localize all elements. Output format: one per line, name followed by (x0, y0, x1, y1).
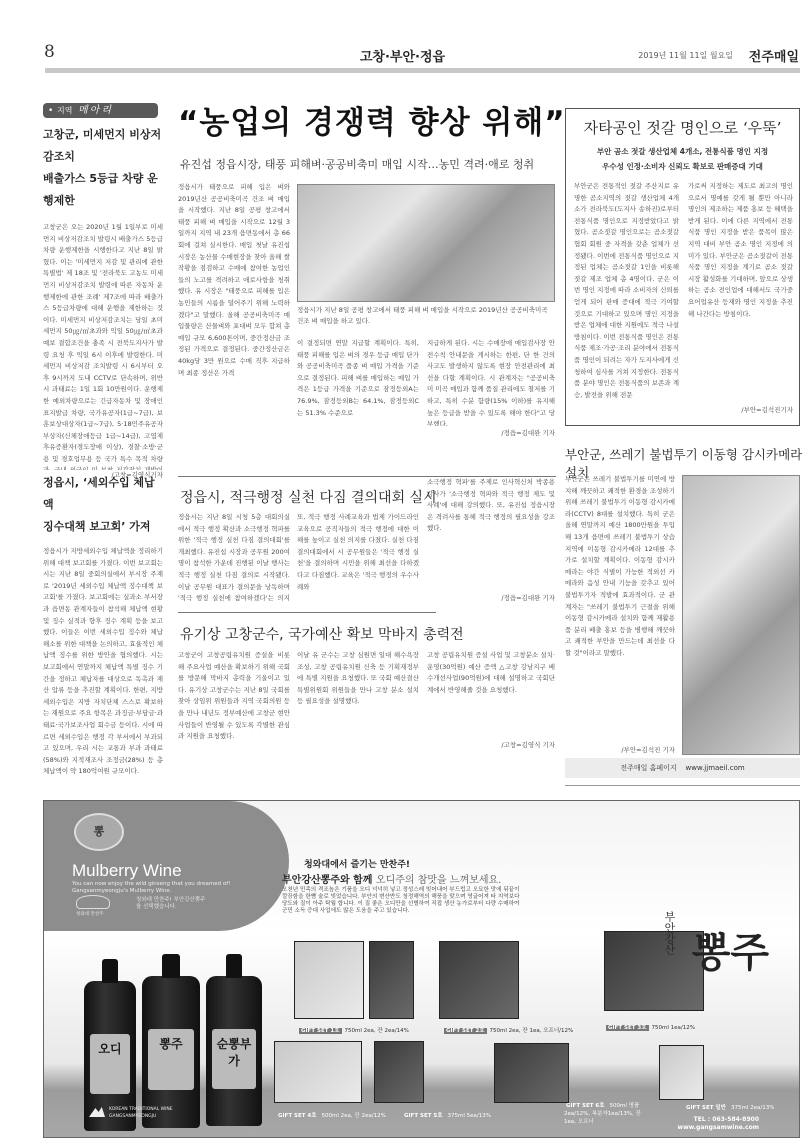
gift-set-badge: GIFT SET 1호 (299, 1028, 342, 1034)
ad-cheongwadae-label: 청와대 만찬주 (76, 911, 104, 917)
header-divider (45, 68, 800, 73)
gift-set-2-box (439, 941, 519, 1019)
gift-set-5-box (374, 1041, 424, 1103)
ad-headline-1: 청와대에서 즐기는 만찬주! (304, 857, 410, 870)
gift-set-3-box (604, 931, 704, 1011)
gift-set-1-box (294, 941, 364, 1019)
ad-contact: TEL : 063-584-8900 www.gangsamwine.com (678, 1116, 759, 1132)
article-body-col2: 가로써 지정하는 제도로 최고의 명인으로서 명예를 갖게 될 뿐만 아니라 명… (688, 181, 793, 401)
cheongwadae-icon (76, 895, 110, 909)
article-gochang-dust: 고창군, 미세먼지 비상저감조치 배출가스 5등급 차량 운행제한 고창군은 오… (43, 124, 163, 479)
main-article-photo (297, 184, 555, 302)
budget-article-byline: /고창=김영식 기자 (427, 740, 555, 749)
gift-set-badge: GIFT SET 일반 (684, 1105, 728, 1111)
gift-set-badge: GIFT SET 3호 (606, 1025, 649, 1031)
gift-set-desc: 375ml 5ea/13% (448, 1113, 491, 1119)
wine-bottle-3: 순뽕부가 (206, 976, 262, 1126)
homepage-bar: 전주매일 홈페이지 www.jjmaeil.com (565, 758, 800, 778)
article-buan-jeotgal: 자타공인 젓갈 명인으로 ‘우뚝’ 부안 곰소 젓갈 생산업체 4개소, 전통식… (565, 108, 800, 426)
budget-article-col3: 고창 공립유치원 증설 사업 및 고창분소 설치·운영(30억원) 예산 증액 … (427, 650, 555, 750)
admin-article-col3: 소극행정 혁파'를 주제로 인사혁신처 박종용 강사가 '소극행정 혁파와 적극… (427, 477, 555, 589)
article-title-line2: 배출가스 5등급 차량 운행제한 (43, 168, 163, 212)
article-jeongeup-tax: 정읍시, ‘세외수입 체납액 징수대책 보고회’ 가져 정읍시가 지방세외수입 … (43, 472, 163, 813)
article-body-col1: 부안군은 전통적인 젓갈 주산지로 유명한 곰소지역의 젓갈 생산업체 4개소가… (574, 181, 679, 419)
gift-set-badge: GIFT SET 5호 (402, 1113, 445, 1119)
ad-description: 오천년 민족의 격조높은 기품을 오디 넉넉히 넣고 정성스레 빚어내어 부드럽… (282, 887, 522, 915)
divider (178, 612, 436, 613)
issue-date: 2019년 11월 11일 월요일 (638, 50, 733, 61)
newspaper-name: 전주매일 (749, 46, 799, 65)
main-headline: “농업의 경쟁력 향상 위해” (178, 97, 566, 142)
camera-article-photo (682, 475, 800, 755)
ad-tagline: You can now enjoy the wild ginseng that … (72, 881, 272, 895)
gift-set-badge: GIFT SET 4호 (276, 1113, 319, 1119)
gift-set-4-box (274, 1041, 362, 1103)
gift-set-1-box-b (369, 941, 414, 1019)
admin-article-col1: 정읍시는 지난 8일 시청 5층 대회의실에서 적극 행정 확산과 소극행정 혁… (178, 512, 290, 602)
article-title-line1: 정읍시, ‘세외수입 체납액 (43, 472, 163, 516)
bottle-label: 순뽕부가 (212, 1029, 256, 1089)
main-subheadline: 유진섭 정읍시장, 태풍 피해벼·공공비축미 매입 시작…농민 격려·애로 청취 (180, 156, 534, 172)
column-tag: • 지역 메아리 (43, 103, 158, 118)
gift-set-3-label: GIFT SET 3호750ml 1ea/12% (606, 1023, 695, 1031)
ad-brand-panel: 뽕 Mulberry Wine You can now enjoy the wi… (44, 801, 289, 931)
gift-set-desc: 750ml 2ea, 잔 2ea/14% (345, 1028, 409, 1034)
ad-website[interactable]: www.gangsamwine.com (678, 1124, 759, 1132)
ad-headline-2: 부안강산뽕주와 함께 오디주의 참맛을 느껴보세요. (282, 871, 501, 886)
homepage-url[interactable]: www.jjmaeil.com (686, 764, 745, 772)
column-tag-prefix: 지역 (57, 106, 72, 115)
main-article-col3: 지급하게 된다. 시는 수매장에 매입검사장 안전수칙 안내문을 게시하는 한편… (427, 338, 555, 426)
gift-set-desc: 375ml 2ea/13% (731, 1105, 774, 1111)
ad-product-name: Mulberry Wine (72, 861, 182, 881)
bottle-label: 뽕주 (148, 1029, 194, 1090)
gift-set-desc: 500ml 2ea, 잔 2ea/12% (322, 1113, 386, 1119)
main-article-col2: 이 결정되면 연말 지급할 계획이다. 특히, 태풍 피해를 입은 벼의 경우 … (297, 338, 419, 438)
article-gochang-budget-title: 유기상 고창군수, 국가예산 확보 막바지 총력전 (180, 624, 464, 644)
ad-headline-2b: 오디주의 참맛을 느껴보세요. (376, 875, 501, 886)
gift-set-desc: 750ml 2ea, 잔 1ea, 오프너/12% (490, 1028, 574, 1034)
gift-set-6-label: GIFT SET 6호500ml 명품2ea/12%, 복분자1ea/13%, … (564, 1101, 654, 1125)
gift-set-6-box (494, 1043, 569, 1103)
budget-article-col1: 고창군이 고창공립유치원 증설을 비롯해 주요사업 예산을 확보하기 위해 국회… (178, 650, 290, 750)
gift-set-desc: 750ml 1ea/12% (652, 1025, 695, 1031)
gift-set-4-label: GIFT SET 4호500ml 2ea, 잔 2ea/12% (276, 1111, 386, 1119)
bullet-icon: • (48, 104, 53, 119)
budget-article-col2: 이날 유 군수는 고창 심원면 일대 해수욕장 조성, 고창 공립유치원 신축 … (297, 650, 419, 750)
camera-article-body: 부안군은 쓰레기 불법투기를 미연에 방지해 깨끗하고 쾌적한 환경을 조성하기… (565, 474, 675, 749)
article-title-line1: 고창군, 미세먼지 비상저감조치 (43, 124, 163, 168)
gift-set-general-label: GIFT SET 일반375ml 2ea/13% (684, 1103, 774, 1111)
article-jeongeup-admin-title: 정읍시, 적극행정 실천 다짐 결의대회 실시 (180, 487, 437, 507)
bottle-label: 오디 (90, 1034, 130, 1094)
ad-tel: TEL : 063-584-8900 (678, 1116, 759, 1124)
ad-cheongwadae-text: 청와대 만찬주! 부안강산뽕주를 선택했습니다. (136, 897, 206, 911)
article-subtitle-1: 부안 곰소 젓갈 생산업체 4개소, 전통식품 명인 지정 (566, 144, 799, 159)
camera-article-byline: /부안=김석진 기자 (565, 745, 675, 754)
main-article-col1: 정읍시가 태풍으로 피해 입은 벼와 2019년산 공공비축미곡 건조 벼 매입… (178, 182, 290, 440)
column-tag-label: 메아리 (78, 105, 113, 116)
brand-logo-icon: 뽕 (74, 813, 124, 851)
article-title: 자타공인 젓갈 명인으로 ‘우뚝’ (566, 117, 799, 138)
admin-article-byline: /정읍=김대완 기자 (427, 593, 555, 602)
main-article-byline: /정읍=김대완 기자 (427, 428, 555, 437)
homepage-label: 전주매일 홈페이지 (620, 764, 676, 772)
article-byline: /부안=김석진기자 (688, 405, 793, 414)
ad-company: KOREAN TRADITIONAL WINE GANGSANMYEONGJU (109, 1106, 199, 1120)
gift-set-2-label: GIFT SET 2호750ml 2ea, 잔 1ea, 오프너/12% (444, 1026, 573, 1034)
ad-brand-prefix: 부안강산 (661, 911, 677, 955)
gift-set-5-label: GIFT SET 5호375ml 5ea/13% (402, 1111, 491, 1119)
ad-brand-big: 뽕주 (692, 921, 769, 978)
gift-set-badge: GIFT SET 2호 (444, 1028, 487, 1034)
gift-set-1-label: GIFT SET 1호750ml 2ea, 잔 2ea/14% (299, 1026, 409, 1034)
ad-headline-2a: 부안강산뽕주와 함께 (282, 875, 372, 886)
article-subtitle-2: 우수성 인정·소비자 신뢰도 확보로 판매증대 기대 (566, 159, 799, 174)
gift-set-badge: GIFT SET 6호 (564, 1103, 607, 1109)
gift-set-general-box (659, 1045, 704, 1100)
admin-article-col2: 또, 적극 행정 사례교육과 법제 가이드라인 교육으로 공직자들의 적극 행정… (297, 512, 419, 602)
article-body: 고창군은 오는 2020년 1월 1일부로 미세먼지 비상저감조치 발령시 배출… (43, 222, 163, 470)
article-body: 정읍시가 지방세외수입 체납액을 정리하기 위해 대책 보고회를 가졌다. 이번… (43, 546, 163, 804)
advertisement[interactable]: 뽕 Mulberry Wine You can now enjoy the wi… (43, 800, 800, 1138)
divider (565, 785, 800, 786)
article-title-line2: 징수대책 보고회’ 가져 (43, 516, 163, 538)
main-photo-caption: 정읍시가 지난 8일 공평 창고에서 태풍 피해 벼 매입을 시작으로 2019… (297, 305, 555, 327)
